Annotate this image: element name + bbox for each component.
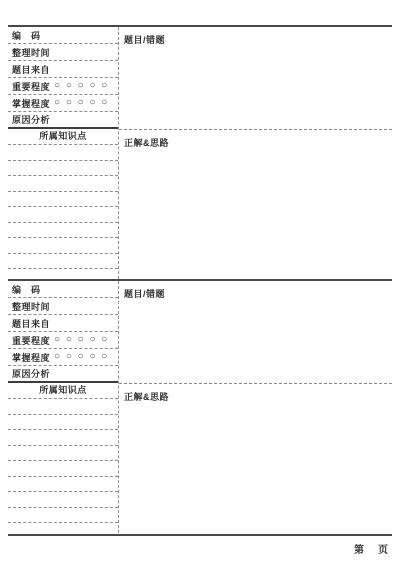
question-source-field-row: 题目来自 <box>8 315 118 332</box>
bottom-rule <box>8 534 392 536</box>
code-label: 编 码 <box>12 29 41 42</box>
answer-header: 正解&思路 <box>124 392 169 402</box>
knowledge-points-header: 所属知识点 <box>8 383 118 399</box>
question-header: 题目/错题 <box>124 289 165 299</box>
mistake-entry-section: 编 码 整理时间 题目来自 重要程度 ○ ○ ○ ○ ○ 掌握程度 ○ ○ ○ … <box>8 27 392 279</box>
question-area: 题目/错题 <box>119 27 392 129</box>
knowledge-point-line <box>8 446 118 462</box>
knowledge-point-line <box>8 399 118 415</box>
knowledge-point-line <box>8 207 118 223</box>
code-label: 编 码 <box>12 283 41 296</box>
knowledge-point-line <box>8 415 118 431</box>
reason-analysis-label: 原因分析 <box>12 113 50 126</box>
content-column: 题目/错题 正解&思路 <box>119 27 392 279</box>
code-field-row: 编 码 <box>8 27 118 44</box>
knowledge-point-line <box>8 492 118 508</box>
reason-analysis-field-row: 原因分析 <box>8 112 118 129</box>
reason-analysis-field-row: 原因分析 <box>8 366 118 383</box>
meta-column: 编 码 整理时间 题目来自 重要程度 ○ ○ ○ ○ ○ 掌握程度 ○ ○ ○ … <box>8 27 118 279</box>
knowledge-point-line <box>8 176 118 192</box>
importance-field-row: 重要程度 ○ ○ ○ ○ ○ <box>8 332 118 349</box>
importance-label: 重要程度 <box>12 80 50 93</box>
importance-label: 重要程度 <box>12 334 50 347</box>
reason-analysis-label: 原因分析 <box>12 367 50 380</box>
organize-time-label: 整理时间 <box>12 46 50 59</box>
knowledge-point-line <box>8 254 118 270</box>
importance-field-row: 重要程度 ○ ○ ○ ○ ○ <box>8 78 118 95</box>
knowledge-point-line <box>8 161 118 177</box>
knowledge-point-line <box>8 145 118 161</box>
answer-area: 正解&思路 <box>119 129 392 279</box>
knowledge-point-line <box>8 223 118 239</box>
knowledge-point-line <box>8 508 118 524</box>
organize-time-field-row: 整理时间 <box>8 44 118 61</box>
knowledge-points-header: 所属知识点 <box>8 129 118 145</box>
knowledge-point-line <box>8 430 118 446</box>
mastery-label: 掌握程度 <box>12 351 50 364</box>
knowledge-point-line <box>8 461 118 477</box>
knowledge-point-line <box>8 192 118 208</box>
answer-area: 正解&思路 <box>119 383 392 533</box>
knowledge-point-line <box>8 477 118 493</box>
organize-time-label: 整理时间 <box>12 300 50 313</box>
mastery-rating-circles: ○ ○ ○ ○ ○ <box>54 352 109 362</box>
code-field-row: 编 码 <box>8 281 118 298</box>
mistake-entry-section: 编 码 整理时间 题目来自 重要程度 ○ ○ ○ ○ ○ 掌握程度 ○ ○ ○ … <box>8 281 392 533</box>
question-source-field-row: 题目来自 <box>8 61 118 78</box>
knowledge-point-line <box>8 238 118 254</box>
meta-column: 编 码 整理时间 题目来自 重要程度 ○ ○ ○ ○ ○ 掌握程度 ○ ○ ○ … <box>8 281 118 533</box>
notebook-page: 编 码 整理时间 题目来自 重要程度 ○ ○ ○ ○ ○ 掌握程度 ○ ○ ○ … <box>0 0 400 565</box>
question-source-label: 题目来自 <box>12 317 50 330</box>
mastery-field-row: 掌握程度 ○ ○ ○ ○ ○ <box>8 349 118 366</box>
mastery-field-row: 掌握程度 ○ ○ ○ ○ ○ <box>8 95 118 112</box>
answer-header: 正解&思路 <box>124 138 169 148</box>
mastery-rating-circles: ○ ○ ○ ○ ○ <box>54 98 109 108</box>
page-number-label: 第 页 <box>354 541 390 556</box>
importance-rating-circles: ○ ○ ○ ○ ○ <box>54 335 109 345</box>
importance-rating-circles: ○ ○ ○ ○ ○ <box>54 81 109 91</box>
organize-time-field-row: 整理时间 <box>8 298 118 315</box>
question-header: 题目/错题 <box>124 35 165 45</box>
mastery-label: 掌握程度 <box>12 97 50 110</box>
content-column: 题目/错题 正解&思路 <box>119 281 392 533</box>
question-source-label: 题目来自 <box>12 63 50 76</box>
question-area: 题目/错题 <box>119 281 392 383</box>
